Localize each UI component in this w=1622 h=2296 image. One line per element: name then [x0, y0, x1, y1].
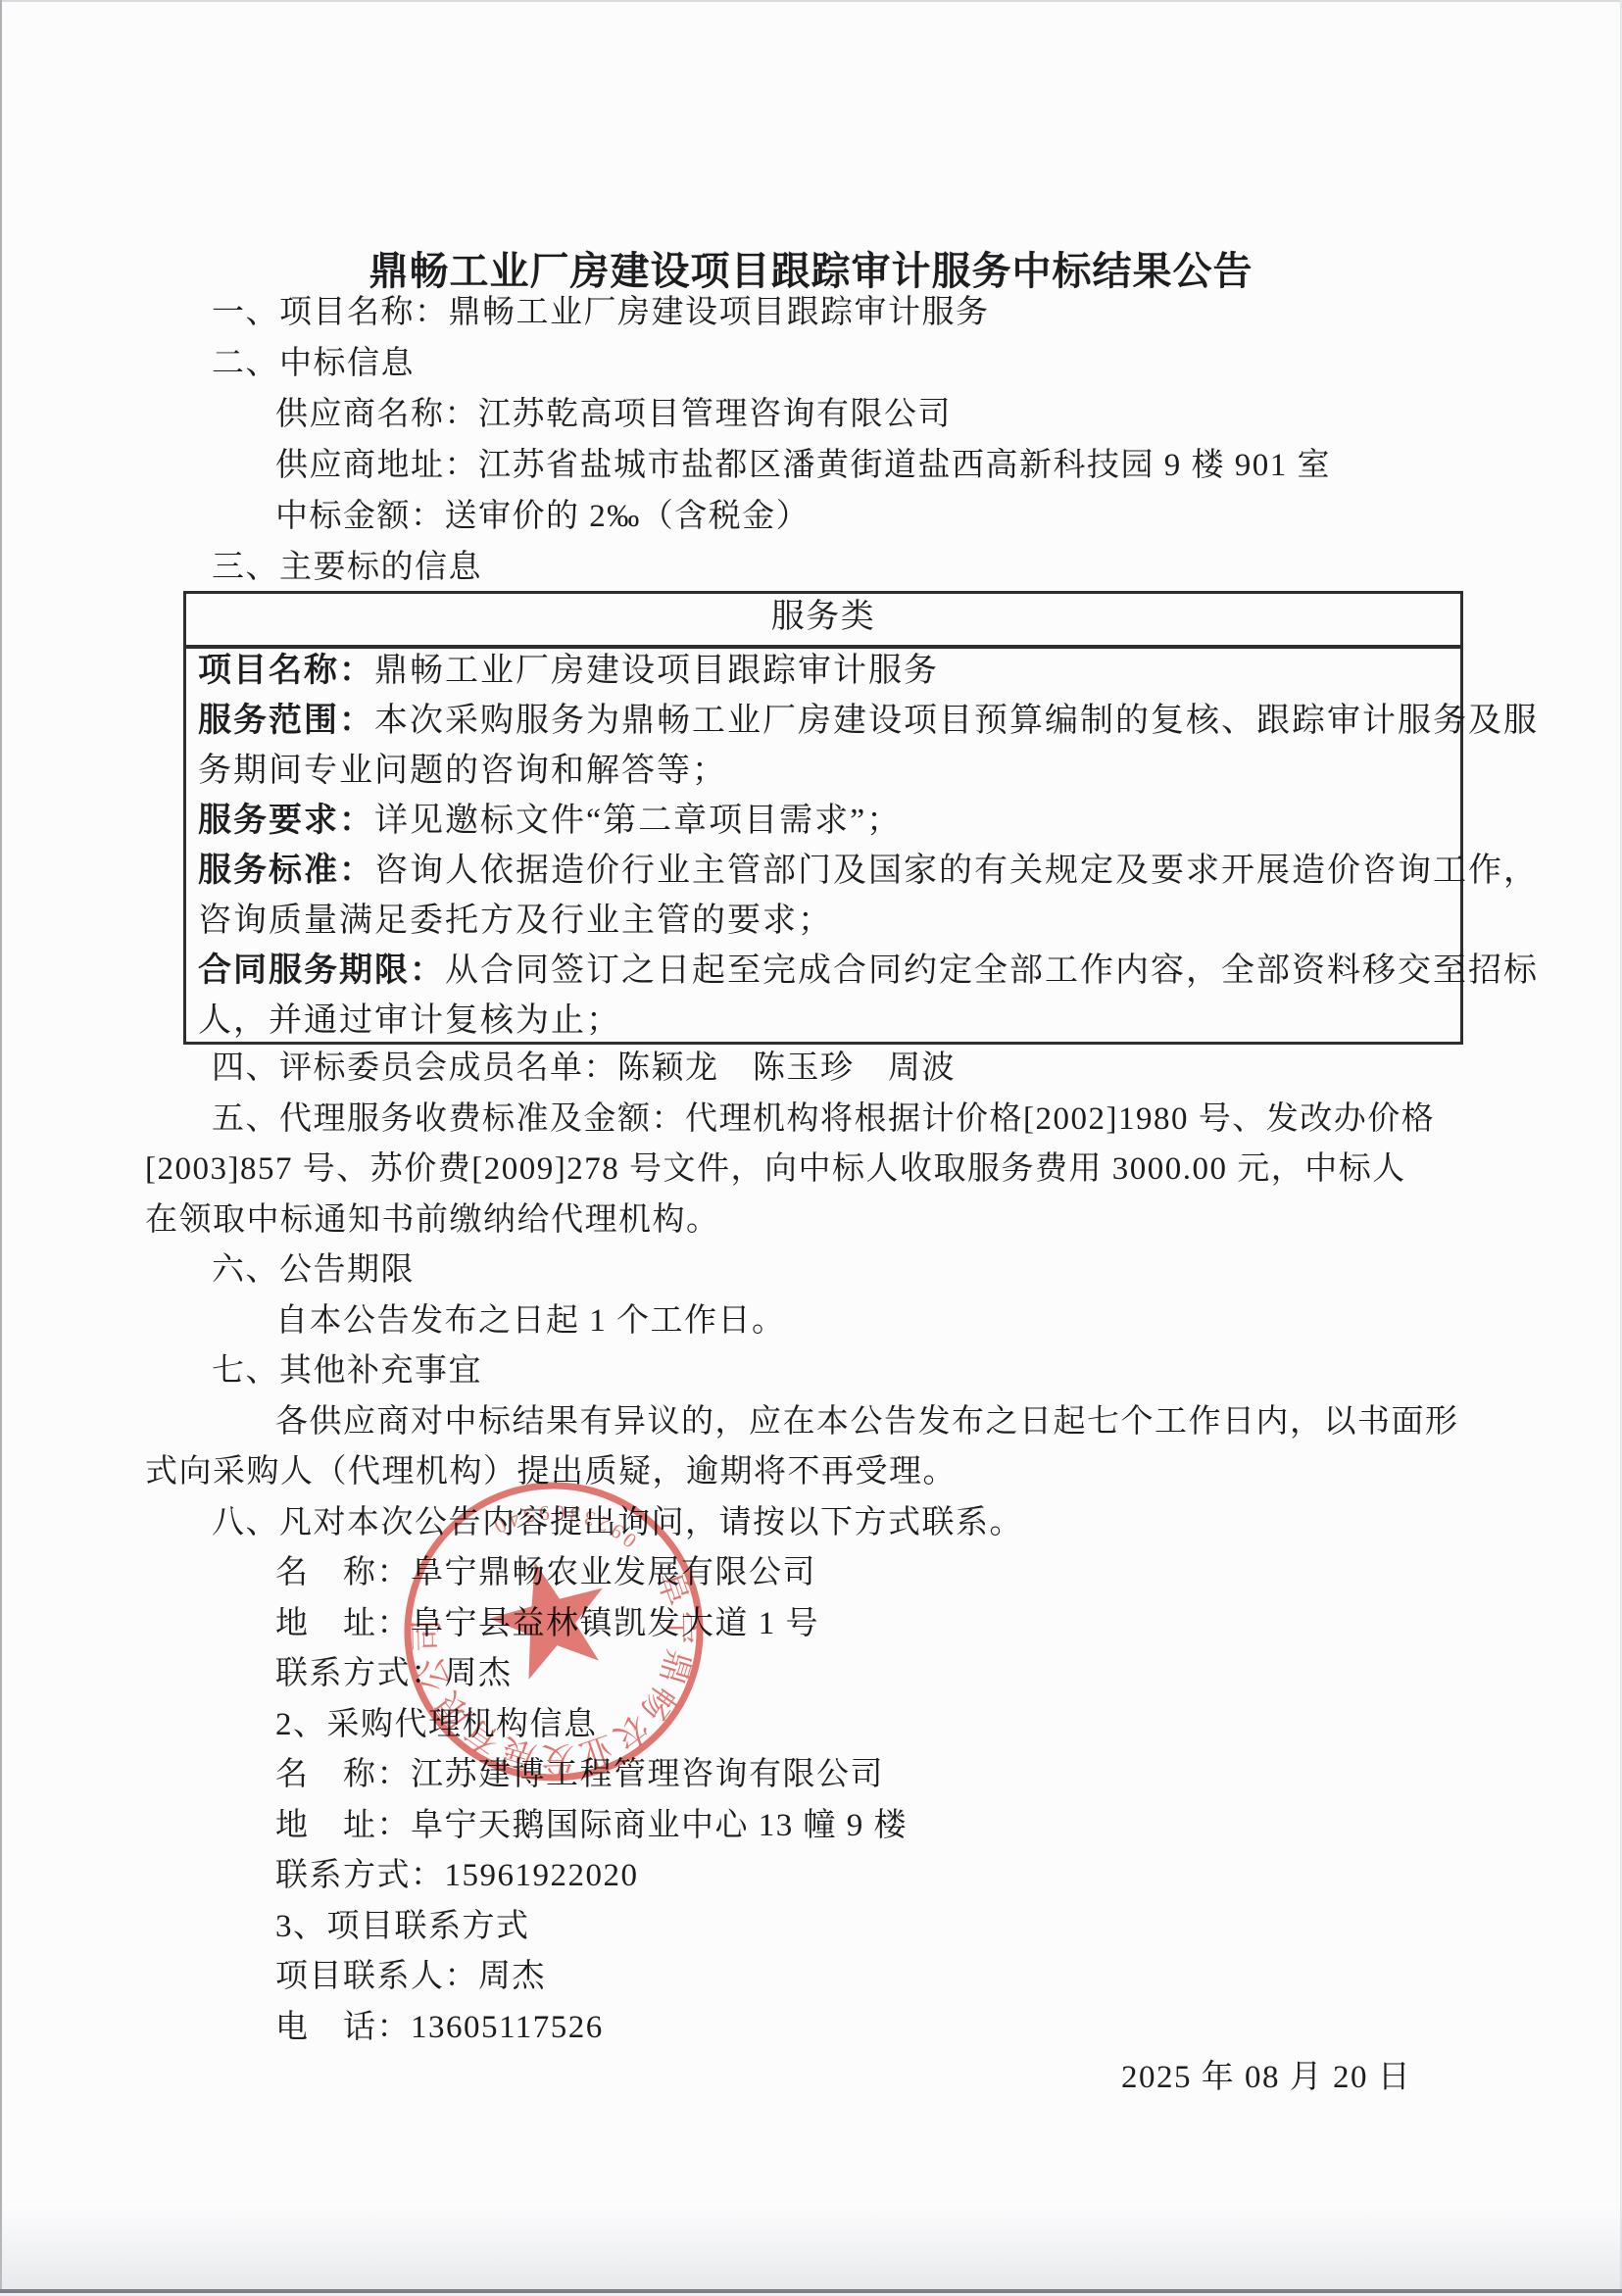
objection-line-1: 各供应商对中标结果有异议的，应在本公告发布之日起七个工作日内，以书面形	[275, 1402, 1459, 1441]
supplier-name-line: 供应商名称：江苏乾高项目管理咨询有限公司	[275, 395, 952, 434]
doc-date: 2025 年 08 月 20 日	[1121, 2058, 1411, 2097]
project-contact-person-line: 项目联系人：周杰	[275, 1957, 546, 1996]
seal-star-icon	[478, 1547, 620, 1685]
row-label: 合同服务期限：	[198, 953, 445, 989]
supplier-address-line: 供应商地址：江苏省盐城市盐都区潘黄街道盐西高新科技园 9 楼 901 室	[275, 446, 1331, 485]
scan-edge-top	[0, 0, 1622, 2]
table-row-service-standard: 服务标准：咨询人依据造价行业主管部门及国家的有关规定及要求开展造价咨询工作，	[198, 852, 1539, 891]
section-1-project-name: 一、项目名称：鼎畅工业厂房建设项目跟踪审计服务	[212, 293, 990, 332]
row-value: 从合同签订之日起至完成合同约定全部工作内容，全部资料移交至招标	[445, 953, 1539, 989]
row-label: 服务范围：	[198, 703, 374, 739]
project-phone-line: 电 话：13605117526	[275, 2008, 604, 2047]
section-5-agency-fee-cont2: 在领取中标通知书前缴纳给代理机构。	[145, 1200, 720, 1240]
row-value: 详见邀标文件“第二章项目需求”；	[374, 803, 902, 839]
doc-title: 鼎畅工业厂房建设项目跟踪审计服务中标结果公告	[0, 240, 1622, 296]
row-label: 服务标准：	[198, 853, 374, 889]
project-contact-heading: 3、项目联系方式	[275, 1907, 530, 1946]
table-row-service-scope: 服务范围：本次采购服务为鼎畅工业厂房建设项目预算编制的复核、跟踪审计服务及服	[198, 702, 1539, 741]
section-4-committee: 四、评标委员会成员名单：陈颖龙 陈玉珍 周波	[212, 1049, 956, 1088]
section-6-heading: 六、公告期限	[212, 1250, 415, 1290]
agency-address-line: 地 址：阜宁天鹅国际商业中心 13 幢 9 楼	[275, 1806, 908, 1845]
section-5-agency-fee: 五、代理服务收费标准及金额：代理机构将根据计价格[2002]1980 号、发改办…	[212, 1099, 1435, 1139]
row-value: 鼎畅工业厂房建设项目跟踪审计服务	[374, 653, 939, 689]
table-row-contract-term: 合同服务期限：从合同签订之日起至完成合同约定全部工作内容，全部资料移交至招标	[198, 952, 1539, 991]
row-label: 项目名称：	[198, 653, 374, 689]
scanned-document-page: 鼎畅工业厂房建设项目跟踪审计服务中标结果公告 一、项目名称：鼎畅工业厂房建设项目…	[0, 0, 1622, 2296]
row-value: 本次采购服务为鼎畅工业厂房建设项目预算编制的复核、跟踪审计服务及服	[374, 703, 1539, 739]
table-row-service-requirement: 服务要求：详见邀标文件“第二章项目需求”；	[198, 802, 902, 841]
table-row-service-standard-cont: 咨询质量满足委托方及行业主管的要求；	[198, 902, 833, 941]
announcement-period-line: 自本公告发布之日起 1 个工作日。	[275, 1301, 786, 1341]
section-2-heading: 二、中标信息	[212, 344, 415, 383]
table-row-service-scope-cont: 务期间专业问题的咨询和解答等；	[198, 752, 727, 791]
section-3-heading: 三、主要标的信息	[212, 548, 482, 587]
table-header-label: 服务类	[183, 598, 1463, 637]
official-seal: 阜宁鼎畅农业发展有限公司 0923309540	[387, 1465, 720, 1798]
agency-contact-line: 联系方式：15961922020	[275, 1856, 639, 1895]
row-label: 服务要求：	[198, 803, 374, 839]
table-row-contract-term-cont: 人，并通过审计复核为止；	[198, 1001, 621, 1041]
scan-edge-left	[0, 0, 2, 2296]
award-amount-line: 中标金额：送审价的 2‰（含税金）	[275, 497, 810, 536]
scan-bottom-shadow	[0, 2205, 1622, 2289]
row-value: 咨询人依据造价行业主管部门及国家的有关规定及要求开展造价咨询工作，	[374, 853, 1539, 889]
section-5-agency-fee-cont1: [2003]857 号、苏价费[2009]278 号文件，向中标人收取服务费用 …	[145, 1149, 1406, 1189]
table-row-project-name: 项目名称：鼎畅工业厂房建设项目跟踪审计服务	[198, 652, 939, 691]
section-7-heading: 七、其他补充事宜	[212, 1351, 482, 1391]
